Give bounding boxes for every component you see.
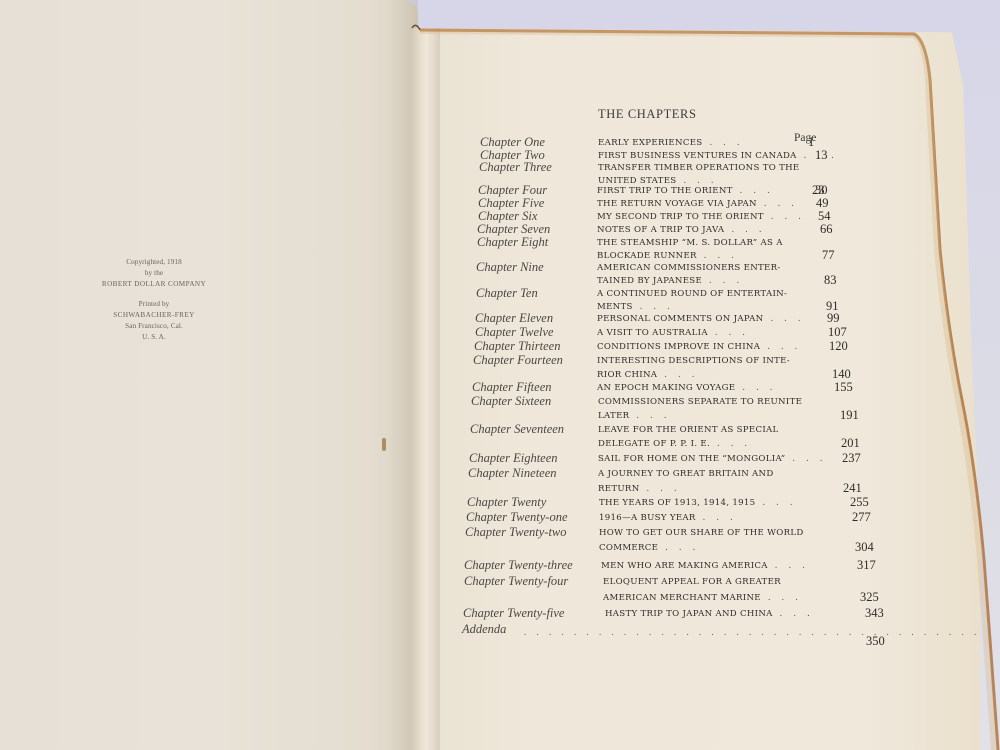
dot-leader: . . . <box>768 561 809 571</box>
chapter-title: NOTES OF A TRIP TO JAVA . . . <box>597 225 766 235</box>
chapter-label: Chapter Fifteen <box>472 380 552 395</box>
page-number: 350 <box>866 634 885 649</box>
chapter-label: Chapter Seventeen <box>470 422 564 437</box>
chapter-label: Addenda <box>462 622 506 637</box>
chapter-label: Chapter Fourteen <box>473 353 563 368</box>
page-number: 277 <box>852 510 871 525</box>
chapter-label: Chapter Twenty-two <box>465 525 567 540</box>
dot-leader: . . . <box>658 543 699 553</box>
dot-leader: . . . <box>724 225 765 235</box>
chapter-title: FIRST BUSINESS VENTURES IN CANADA . . . <box>598 151 838 161</box>
chapter-title: HOW TO GET OUR SHARE OF THE WORLD <box>599 528 804 538</box>
dot-leader: . . . <box>755 498 796 508</box>
dot-leader: . . . <box>710 439 751 449</box>
chapter-title: THE STEAMSHIP “M. S. DOLLAR” AS A <box>597 238 783 248</box>
chapter-title: CONDITIONS IMPROVE IN CHINA . . . <box>597 342 801 352</box>
dot-leader: . . . <box>696 513 737 523</box>
chapter-label: Chapter Twenty-one <box>466 510 568 525</box>
chapter-title: HASTY TRIP TO JAPAN AND CHINA . . . <box>605 609 814 619</box>
dot-leader: . . . <box>676 176 717 186</box>
chapter-title: RIOR CHINA . . . <box>597 370 698 380</box>
dot-leader: . . . <box>760 342 801 352</box>
chapter-title: ELOQUENT APPEAL FOR A GREATER <box>603 577 781 587</box>
page-number: 325 <box>860 590 879 605</box>
page-number: 317 <box>857 558 876 573</box>
dot-leader: . . . <box>629 411 670 421</box>
chapter-title: 1916—A BUSY YEAR . . . <box>599 513 737 523</box>
dot-leader: . . . <box>702 138 743 148</box>
chapter-title: COMMISSIONERS SEPARATE TO REUNITE <box>598 397 802 407</box>
dot-leader: . . . . . . . . . . . . . . . . . . . . … <box>524 627 980 637</box>
page-number: 99 <box>827 311 840 326</box>
dot-leader: . . . <box>761 593 802 603</box>
chapter-label: Chapter Twenty-five <box>463 606 564 621</box>
page-number: 13 <box>815 148 828 163</box>
page-number: 201 <box>841 436 860 451</box>
chapter-title: LATER . . . <box>598 411 671 421</box>
page-number: 241 <box>843 481 862 496</box>
chapter-title: BLOCKADE RUNNER . . . <box>597 251 738 261</box>
chapter-title: MEN WHO ARE MAKING AMERICA . . . <box>601 561 809 571</box>
chapter-title: THE YEARS OF 1913, 1914, 1915 . . . <box>599 498 797 508</box>
dot-leader: . . . <box>697 251 738 261</box>
chapter-title: DELEGATE OF P. P. I. E. . . . <box>598 439 751 449</box>
chapter-label: Chapter Nineteen <box>468 466 557 481</box>
dot-leader: . . . <box>785 454 826 464</box>
chapter-title: SAIL FOR HOME ON THE “MONGOLIA” . . . <box>598 454 827 464</box>
chapter-title: AMERICAN COMMISSIONERS ENTER- <box>597 263 781 273</box>
chapter-label: Chapter Ten <box>476 286 538 301</box>
dot-leader: . . . <box>702 276 743 286</box>
chapter-label: Chapter Twenty-three <box>464 558 573 573</box>
page-number: 237 <box>842 451 861 466</box>
chapter-label: Chapter Twenty-four <box>464 574 568 589</box>
dot-leader: . . . <box>633 302 674 312</box>
chapter-title: A VISIT TO AUSTRALIA . . . <box>597 328 749 338</box>
page-number: 1 <box>808 135 814 150</box>
page-number: 191 <box>840 408 859 423</box>
dot-leader: . . . <box>640 484 681 494</box>
chapter-label: Chapter Thirteen <box>474 339 560 354</box>
page-number: 83 <box>824 273 837 288</box>
dot-leader: . . . <box>773 609 814 619</box>
dot-leader: . . . <box>757 199 798 209</box>
chapter-title: UNITED STATES . . . <box>598 176 718 186</box>
chapter-title: TRANSFER TIMBER OPERATIONS TO THE <box>598 163 800 173</box>
page-number: 77 <box>822 248 835 263</box>
chapter-label: Chapter Eleven <box>475 311 553 326</box>
page-number: 120 <box>829 339 848 354</box>
chapter-title: EARLY EXPERIENCES . . . <box>598 138 744 148</box>
chapter-title: FIRST TRIP TO THE ORIENT . . . <box>597 186 774 196</box>
chapter-label: Chapter Twelve <box>475 325 554 340</box>
page-number: 155 <box>834 380 853 395</box>
page-number: 304 <box>855 540 874 555</box>
chapter-title: INTERESTING DESCRIPTIONS OF INTE- <box>597 356 790 366</box>
chapter-label: Chapter Sixteen <box>471 394 551 409</box>
dot-leader: . . . <box>708 328 749 338</box>
page-number: 66 <box>820 222 833 237</box>
chapter-label: Chapter Eight <box>477 235 548 250</box>
dot-leader: . . . <box>733 186 774 196</box>
chapter-title: LEAVE FOR THE ORIENT AS SPECIAL <box>598 425 779 435</box>
chapter-title: THE RETURN VOYAGE VIA JAPAN . . . <box>597 199 798 209</box>
page-number: 255 <box>850 495 869 510</box>
dot-leader: . . . <box>735 383 776 393</box>
chapter-label: Chapter Nine <box>476 260 544 275</box>
chapter-label: Chapter Eighteen <box>469 451 558 466</box>
chapter-label: Chapter Three <box>479 160 552 175</box>
dot-leader: . . . <box>763 314 804 324</box>
chapter-title: MENTS . . . <box>597 302 674 312</box>
chapter-title: AMERICAN MERCHANT MARINE . . . <box>603 593 802 603</box>
chapter-title: COMMERCE . . . <box>599 543 699 553</box>
dot-leader: . . . <box>657 370 698 380</box>
chapter-title: AN EPOCH MAKING VOYAGE . . . <box>597 383 777 393</box>
chapter-title: A CONTINUED ROUND OF ENTERTAIN- <box>597 289 787 299</box>
page-number: 107 <box>828 325 847 340</box>
chapter-title: TAINED BY JAPANESE . . . <box>597 276 743 286</box>
chapter-title: RETURN . . . <box>598 484 681 494</box>
page-number: 343 <box>865 606 884 621</box>
chapter-label: Chapter Twenty <box>467 495 546 510</box>
chapter-title: A JOURNEY TO GREAT BRITAIN AND <box>598 469 774 479</box>
chapter-title: MY SECOND TRIP TO THE ORIENT . . . <box>597 212 805 222</box>
table-of-contents: Chapter OneEARLY EXPERIENCES . . .1Chapt… <box>0 0 1000 750</box>
dot-leader: . . . <box>764 212 805 222</box>
chapter-title: PERSONAL COMMENTS ON JAPAN . . . <box>597 314 805 324</box>
